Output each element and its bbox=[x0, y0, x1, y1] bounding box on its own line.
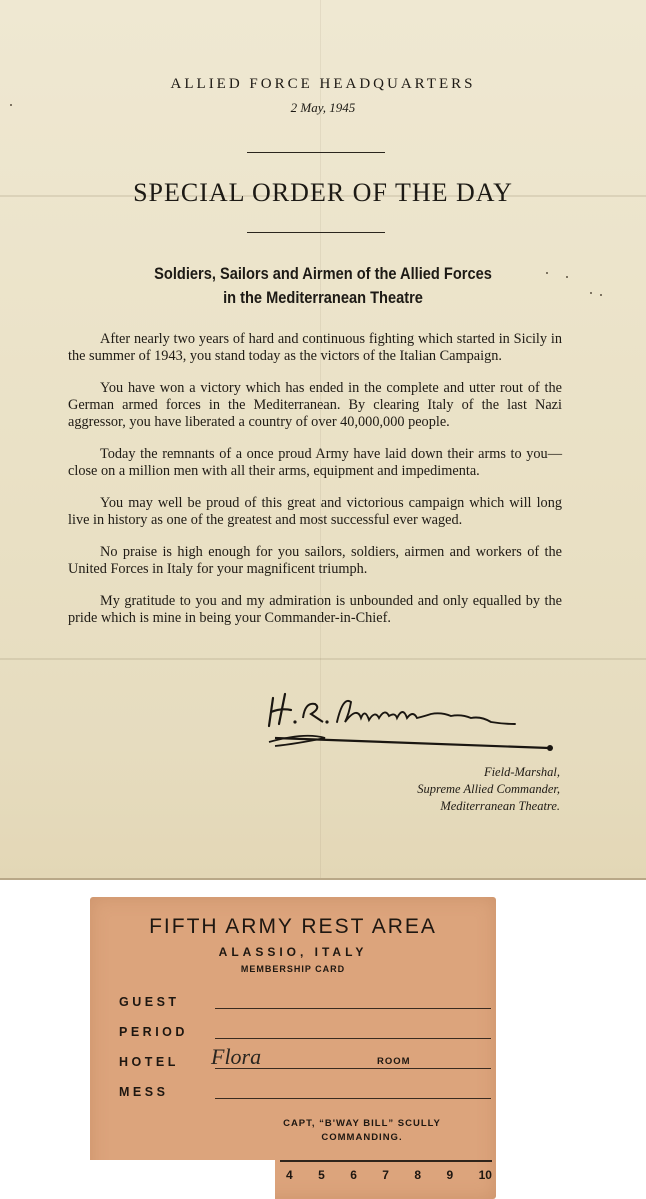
headquarters-heading: ALLIED FORCE HEADQUARTERS bbox=[0, 76, 646, 93]
torn-card-corner bbox=[85, 1160, 275, 1199]
hotel-label: HOTEL bbox=[119, 1055, 179, 1069]
stub-number: 7 bbox=[382, 1168, 389, 1182]
mess-field: MESS bbox=[119, 1081, 491, 1101]
stub-numbers: 4 5 6 7 8 9 10 bbox=[286, 1168, 492, 1182]
order-body: After nearly two years of hard and conti… bbox=[68, 331, 562, 642]
guest-field: GUEST bbox=[119, 991, 491, 1011]
commander-name: CAPT, “B'WAY BILL” SCULLY bbox=[232, 1117, 492, 1131]
hotel-value-handwritten: Flora bbox=[211, 1044, 261, 1070]
paper-speck bbox=[10, 104, 12, 106]
divider-rule bbox=[247, 152, 385, 153]
paper-speck bbox=[590, 292, 592, 294]
signatory-titles: Field-Marshal, Supreme Allied Commander,… bbox=[417, 764, 560, 815]
period-line bbox=[215, 1038, 491, 1039]
card-location: ALASSIO, ITALY bbox=[90, 945, 496, 959]
handwritten-signature: H.R. Alexander bbox=[265, 688, 555, 758]
order-title: SPECIAL ORDER OF THE DAY bbox=[0, 178, 646, 208]
paragraph: My gratitude to you and my admiration is… bbox=[68, 593, 562, 627]
paragraph: You have won a victory which has ended i… bbox=[68, 380, 562, 431]
stub-number: 10 bbox=[479, 1168, 492, 1182]
paragraph: Today the remnants of a once proud Army … bbox=[68, 446, 562, 480]
stub-number: 8 bbox=[414, 1168, 421, 1182]
signatory-theatre: Mediterranean Theatre. bbox=[417, 798, 560, 815]
paper-speck bbox=[566, 276, 568, 278]
signatory-position: Supreme Allied Commander, bbox=[417, 781, 560, 798]
signatory-rank: Field-Marshal, bbox=[417, 764, 560, 781]
stub-number: 9 bbox=[446, 1168, 453, 1182]
guest-line bbox=[215, 1008, 491, 1009]
special-order-document: ALLIED FORCE HEADQUARTERS 2 May, 1945 SP… bbox=[0, 0, 646, 878]
card-subtitle: MEMBERSHIP CARD bbox=[90, 964, 496, 974]
order-addressee: Soldiers, Sailors and Airmen of the Alli… bbox=[45, 262, 601, 310]
stub-number: 6 bbox=[350, 1168, 357, 1182]
order-date: 2 May, 1945 bbox=[0, 100, 646, 116]
commander-block: CAPT, “B'WAY BILL” SCULLY COMMANDING. bbox=[232, 1117, 492, 1145]
stub-number: 5 bbox=[318, 1168, 325, 1182]
paragraph: You may well be proud of this great and … bbox=[68, 495, 562, 529]
addressee-line-2: in the Mediterranean Theatre bbox=[45, 286, 601, 310]
paper-speck bbox=[600, 294, 602, 296]
paragraph: After nearly two years of hard and conti… bbox=[68, 331, 562, 365]
stub-number: 4 bbox=[286, 1168, 293, 1182]
paragraph: No praise is high enough for you sailors… bbox=[68, 544, 562, 578]
commander-title: COMMANDING. bbox=[232, 1131, 492, 1145]
stub-divider bbox=[280, 1160, 492, 1162]
card-title: FIFTH ARMY REST AREA bbox=[90, 915, 496, 939]
mess-label: MESS bbox=[119, 1085, 168, 1099]
membership-card: FIFTH ARMY REST AREA ALASSIO, ITALY MEMB… bbox=[90, 897, 496, 1199]
period-label: PERIOD bbox=[119, 1025, 188, 1039]
guest-label: GUEST bbox=[119, 995, 180, 1009]
paper-speck bbox=[546, 272, 548, 274]
room-label: ROOM bbox=[377, 1056, 411, 1067]
addressee-line-1: Soldiers, Sailors and Airmen of the Alli… bbox=[45, 262, 601, 286]
hotel-field: HOTEL Flora ROOM bbox=[119, 1051, 491, 1071]
fold-crease bbox=[0, 658, 646, 660]
divider-rule bbox=[247, 232, 385, 233]
mess-line bbox=[215, 1098, 491, 1099]
period-field: PERIOD bbox=[119, 1021, 491, 1041]
